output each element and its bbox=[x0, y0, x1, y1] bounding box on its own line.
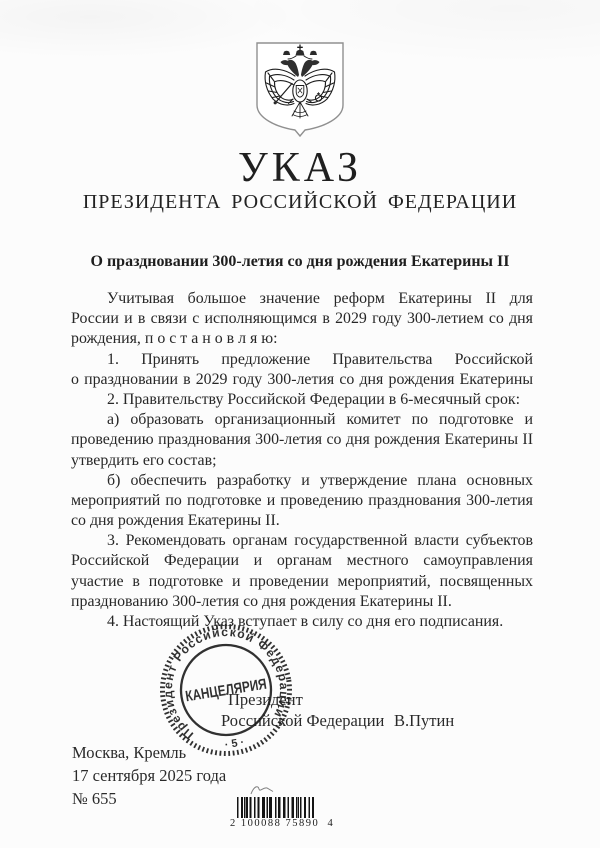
body-line: Учитывая большое значение реформ Екатери… bbox=[71, 289, 533, 309]
body-line: России и в связи с исполняющимся в 2029 … bbox=[71, 309, 533, 329]
document-title: О праздновании 300-летия со дня рождения… bbox=[60, 253, 540, 271]
body-line: со дня рождения Екатерины II. bbox=[71, 511, 533, 531]
body-line: 3. Рекомендовать органам государственной… bbox=[71, 531, 533, 551]
coat-of-arms-icon bbox=[252, 39, 348, 138]
body-line: проведению празднования 300-летия со дня… bbox=[71, 430, 533, 450]
body-line: 1. Принять предложение Правительства Рос… bbox=[71, 350, 533, 370]
body-line: мероприятий по подготовке и проведению п… bbox=[71, 491, 533, 511]
body-line: Российской Федерации и органам местного … bbox=[71, 551, 533, 571]
body-line: а) образовать организационный комитет по… bbox=[71, 410, 533, 430]
barcode-digits: 2 100088 75890 4 bbox=[230, 818, 322, 829]
body-line: участие в подготовке и проведении меропр… bbox=[71, 572, 533, 592]
barcode bbox=[237, 797, 314, 818]
footer-block: Москва, Кремль 17 сентября 2025 года № 6… bbox=[72, 742, 226, 810]
body-line: о праздновании в 2029 году 300-летия со … bbox=[71, 370, 533, 390]
body-line: б) обеспечить разработку и утверждение п… bbox=[71, 471, 533, 491]
issuer-heading: ПРЕЗИДЕНТА РОССИЙСКОЙ ФЕДЕРАЦИИ bbox=[0, 191, 600, 214]
body-line: 2. Правительству Российской Федерации в … bbox=[71, 390, 533, 410]
decree-heading: УКАЗ bbox=[0, 144, 600, 192]
body-line: рождения, п о с т а н о в л я ю: bbox=[71, 329, 533, 349]
footer-place: Москва, Кремль bbox=[72, 742, 226, 765]
decree-body: Учитывая большое значение реформ Екатери… bbox=[71, 289, 533, 632]
signature-name: В.Путин bbox=[394, 711, 454, 731]
body-line: празднованию 300-летия со дня рождения Е… bbox=[71, 592, 533, 612]
footer-date: 17 сентября 2025 года bbox=[72, 765, 226, 788]
footer-number: № 655 bbox=[72, 788, 226, 811]
body-line: утвердить его состав; bbox=[71, 451, 533, 471]
pen-mark-icon bbox=[250, 784, 276, 797]
stamp-center-text: КАНЦЕЛЯРИЯ bbox=[184, 676, 268, 706]
document-page: УКАЗ ПРЕЗИДЕНТА РОССИЙСКОЙ ФЕДЕРАЦИИ О п… bbox=[0, 0, 600, 848]
